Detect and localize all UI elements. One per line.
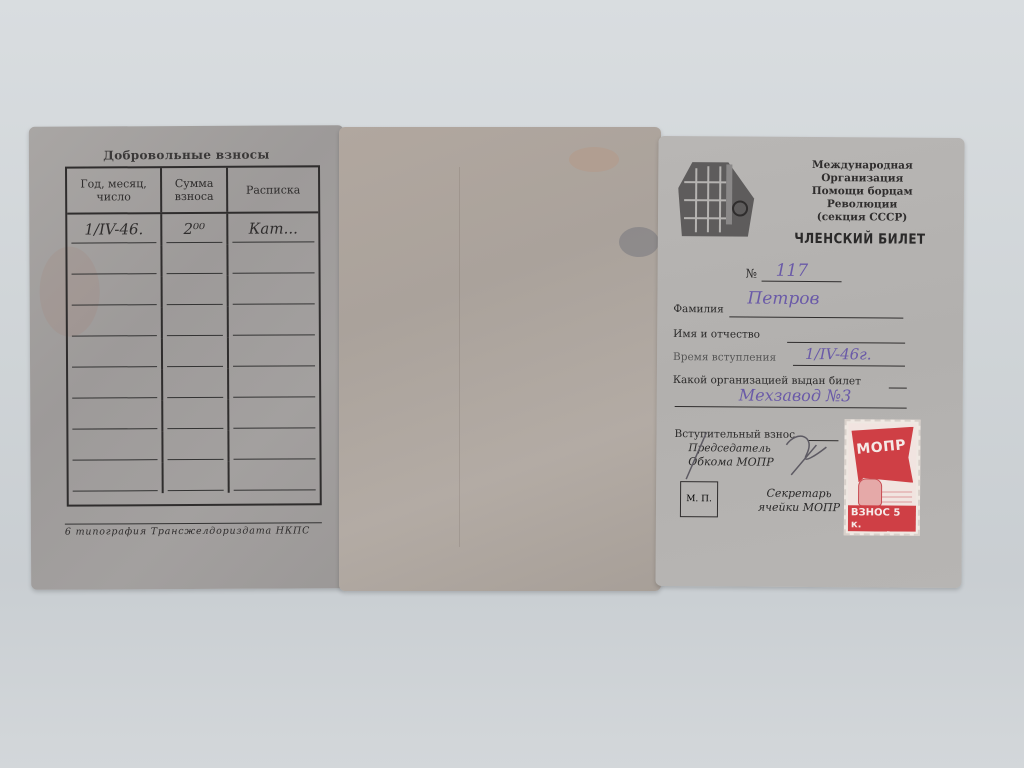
surname-value: Петров: [747, 289, 819, 310]
ticket-number: 117: [776, 261, 809, 281]
cell-date: 1/IV-46.: [67, 214, 162, 245]
number-label: №: [746, 267, 757, 281]
cell-receipt: [229, 337, 319, 368]
paper-stain: [569, 147, 619, 172]
secretary-line1: Секретарь: [744, 487, 854, 502]
card-panel-membership-ticket: Международная Организация Помощи борцам …: [655, 136, 964, 588]
org-line: Международная: [782, 159, 942, 173]
seal-label: М. П.: [686, 494, 712, 504]
mopr-dues-stamp: МОПР ВЗНОС 5 к. ЧЛЕНСКИЙ И ВЕРСКИЙ: [844, 419, 921, 536]
seal-place-box: М. П.: [680, 481, 718, 517]
surname-underline: [729, 316, 903, 318]
dues-table-header: Год, месяц, число Сумма взноса Расписка: [67, 167, 318, 214]
organization-name: Международная Организация Помощи борцам …: [782, 159, 942, 225]
stamp-value-strip: ВЗНОС 5 к. ЧЛЕНСКИЙ И ВЕРСКИЙ: [848, 505, 916, 531]
cell-amount: [163, 307, 229, 338]
table-row: [68, 306, 319, 338]
cell-amount: [163, 276, 229, 307]
cell-receipt: [228, 244, 318, 275]
printer-imprint: 6 типография Трансжелдориздата НКПС: [65, 525, 322, 537]
cell-receipt: [229, 399, 319, 430]
mopr-prison-emblem-icon: [678, 158, 759, 239]
secretary-line2: ячейки МОПР: [744, 501, 854, 516]
surname-label: Фамилия: [673, 303, 724, 315]
cell-receipt: [230, 461, 320, 492]
joined-underline: [793, 365, 905, 367]
cell-date: [68, 338, 163, 369]
footer-divider: [65, 522, 322, 524]
org-line: Революции: [782, 198, 942, 212]
joined-date-value: 1/IV-46г.: [805, 345, 872, 363]
joined-date-label: Время вступления: [673, 351, 776, 364]
cell-receipt-signature: Кат...: [228, 213, 318, 244]
cell-date: [68, 400, 163, 431]
dues-table: Год, месяц, число Сумма взноса Расписка …: [65, 165, 322, 506]
cell-amount: [163, 369, 229, 400]
cell-amount: [164, 462, 230, 493]
column-header-date: Год, месяц, число: [67, 168, 162, 212]
table-row: [68, 368, 319, 400]
table-row: [68, 337, 319, 369]
cell-date: [67, 245, 162, 276]
org-line: (секция СССР): [782, 211, 942, 225]
cell-amount: [162, 245, 228, 276]
table-row: [68, 430, 319, 462]
org-line: Организация: [782, 172, 942, 186]
cell-receipt: [229, 275, 319, 306]
cell-receipt: [229, 368, 319, 399]
paper-crease: [459, 167, 460, 547]
issuer-underline: [675, 406, 907, 409]
cell-date: [68, 276, 163, 307]
cell-receipt: [229, 430, 319, 461]
raised-fist-icon: [858, 478, 882, 506]
cell-date: [68, 307, 163, 338]
table-row: 1/IV-46. 2⁰⁰ Кат...: [67, 213, 318, 245]
secretary-label: Секретарь ячейки МОПР: [744, 487, 854, 516]
name-underline: [787, 342, 905, 344]
cell-amount: [163, 400, 229, 431]
dues-title: Добровольные взносы: [29, 147, 344, 163]
ticket-title: ЧЛЕНСКИЙ БИЛЕТ: [783, 231, 936, 248]
column-header-receipt: Расписка: [228, 167, 318, 211]
stamp-value: ВЗНОС 5 к.: [851, 507, 913, 531]
cell-receipt: [229, 306, 319, 337]
table-row: [68, 399, 319, 431]
table-row: [67, 244, 318, 276]
cell-amount: [163, 338, 229, 369]
issuer-value: Мехзавод №3: [739, 386, 852, 406]
cell-amount: [163, 431, 229, 462]
issuer-underline-short: [889, 388, 907, 389]
table-row: [69, 461, 320, 493]
name-patronymic-label: Имя и отчество: [673, 328, 760, 341]
org-line: Помощи борцам: [782, 185, 942, 199]
card-panel-blank-middle: [339, 127, 661, 591]
cell-date: [69, 462, 164, 493]
chairman-signature: [666, 424, 836, 485]
cell-date: [68, 369, 163, 400]
ink-smudge: [619, 227, 659, 257]
cell-date: [68, 431, 163, 462]
table-row: [68, 275, 319, 307]
card-panel-voluntary-dues: Добровольные взносы Год, месяц, число Су…: [29, 125, 346, 590]
cell-amount: 2⁰⁰: [162, 214, 228, 245]
column-header-amount: Сумма взноса: [162, 168, 228, 212]
